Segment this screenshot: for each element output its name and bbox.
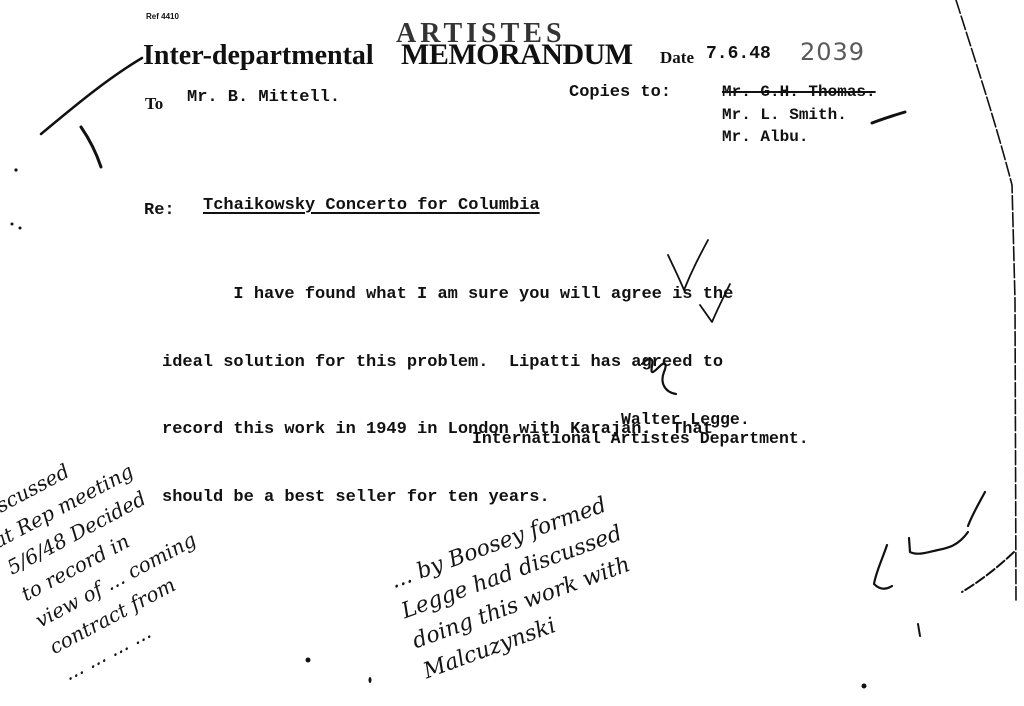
reference-number: Ref 4410 [146,12,179,21]
body-line: ideal solution for this problem. Lipatti… [162,352,733,375]
corner-initials [968,492,985,526]
copy-recipient: Mr. L. Smith. [722,106,847,124]
recipient: Mr. B. Mittell. [187,88,340,107]
memo-title-prefix: Inter-departmental [143,40,374,72]
memo-body: I have found what I am sure you will agr… [162,239,733,554]
date-label: Date [660,48,694,68]
handwritten-file-number: 2039 [800,38,865,66]
margin-arc-mark [41,58,142,134]
corner-initials [909,532,968,554]
margin-tick-mark [81,127,101,167]
corner-initials [918,624,920,636]
copy-recipient-struck: Mr. G.H. Thomas. [722,83,876,101]
to-label: To [145,94,163,114]
signatory-department: International Artistes Department. [472,429,809,448]
memo-page: Ref 4410 ARTISTES Inter-departmental MEM… [0,0,1024,706]
page-edge-line [956,0,1016,600]
memo-title: MEMORANDUM [401,38,633,72]
corner-initials [962,552,1014,592]
copy-recipient: Mr. Albu. [722,128,808,146]
corner-initials [874,545,892,589]
date-value: 7.6.48 [706,44,771,64]
body-line: I have found what I am sure you will agr… [162,284,733,307]
signatory-name: Walter Legge. [621,410,750,429]
subject-label: Re: [144,201,175,220]
subject: Tchaikowsky Concerto for Columbia [203,196,540,215]
checkmark-icon [872,112,905,123]
body-line: should be a best seller for ten years. [162,487,733,510]
copies-label: Copies to: [569,83,671,102]
